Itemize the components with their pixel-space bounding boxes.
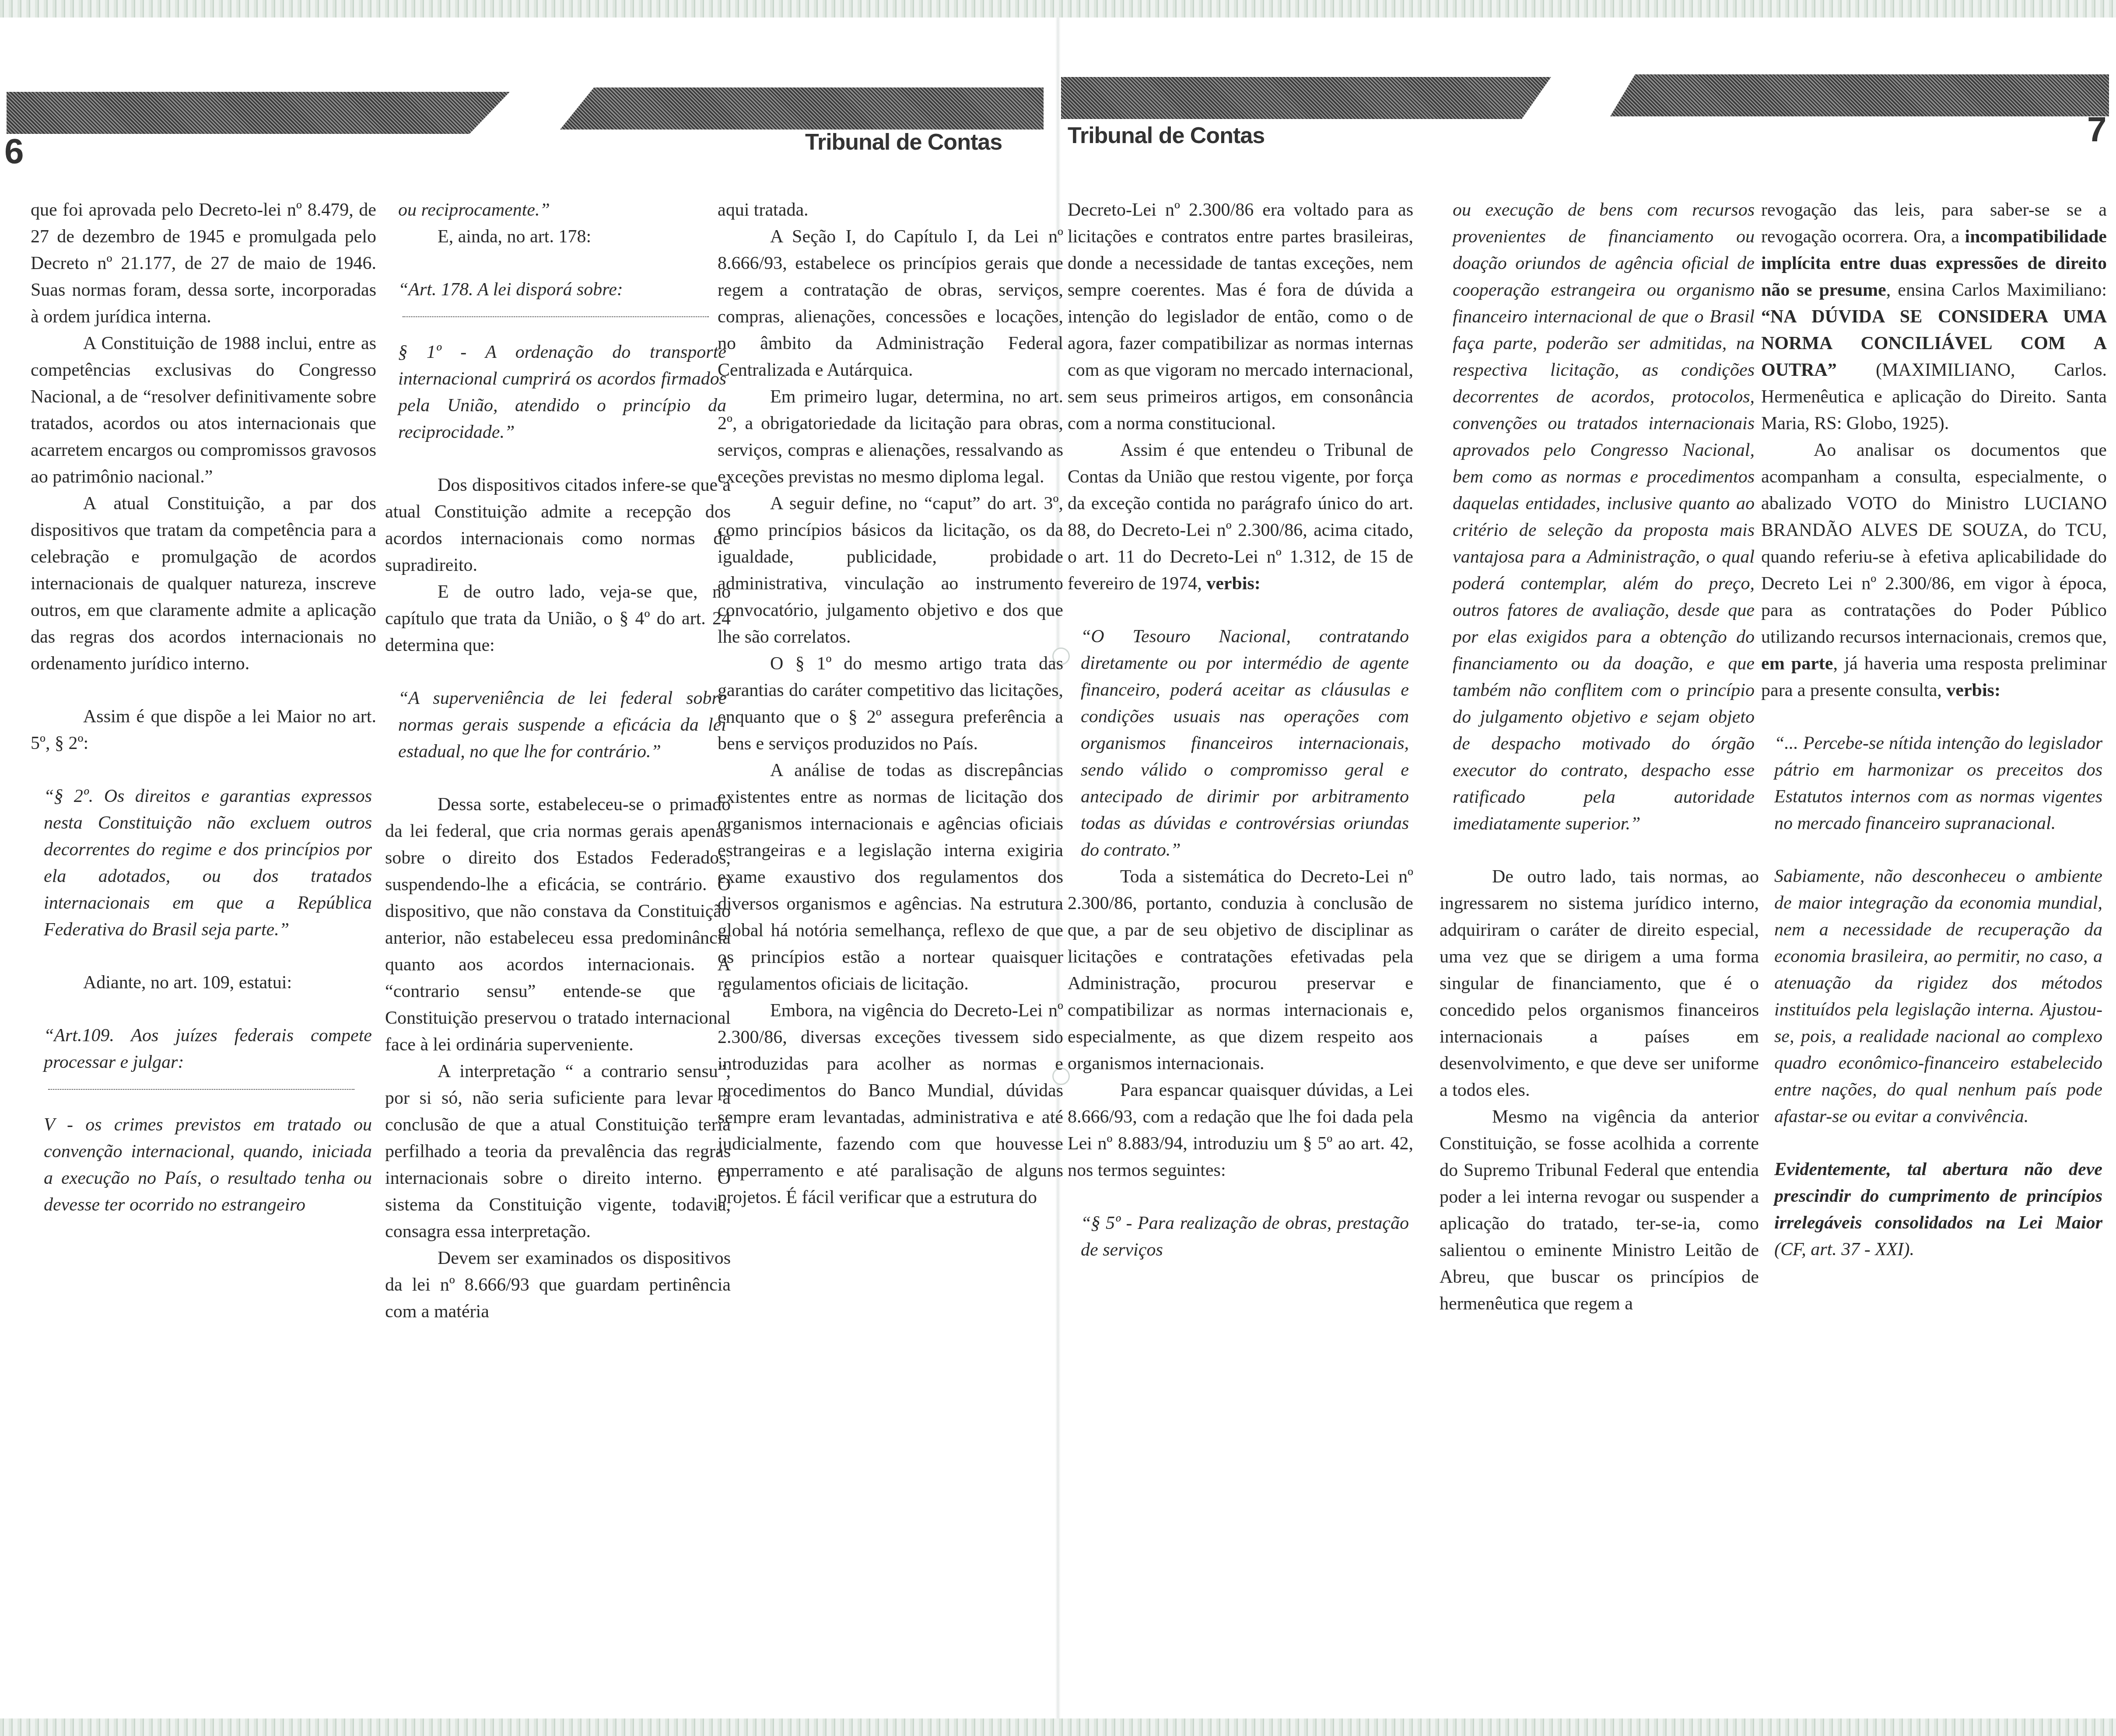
paragraph: A Constituição de 1988 inclui, entre as … [31, 330, 376, 490]
page7-column-2: ou execução de bens com recursos proveni… [1440, 197, 1759, 1317]
page6-column-2: ou reciprocamente.”E, ainda, no art. 178… [385, 197, 731, 1325]
quotation: “§ 5º - Para realização de obras, presta… [1068, 1210, 1413, 1263]
paragraph: A interpretação “ a contrario sensu”, po… [385, 1058, 731, 1245]
page6-column-1: que foi aprovada pelo Decreto-lei nº 8.4… [31, 197, 376, 1218]
paragraph: Decreto-Lei nº 2.300/86 era voltado para… [1068, 197, 1413, 437]
quotation: V - os crimes previstos em tratado ou co… [31, 1112, 376, 1218]
page7-column-1: Decreto-Lei nº 2.300/86 era voltado para… [1068, 197, 1413, 1263]
dotted-rule [48, 1089, 354, 1090]
paragraph: Assim é que dispõe a lei Maior no art. 5… [31, 703, 376, 757]
quotation: ou reciprocamente.” [385, 197, 731, 224]
paragraph-voto: Ao analisar os documentos que acompanham… [1761, 437, 2107, 704]
paragraph: Devem ser examinados os dispositivos da … [385, 1245, 731, 1325]
running-head-right: Tribunal de Contas [1068, 122, 1265, 149]
quotation: ou execução de bens com recursos proveni… [1440, 197, 1759, 837]
paragraph: aqui tratada. [718, 197, 1063, 224]
page6-column-3: aqui tratada.A Seção I, do Capítulo I, d… [718, 197, 1063, 1211]
header-band-left-2 [560, 87, 1044, 129]
quotation: “O Tesouro Nacional, contratando diretam… [1068, 623, 1413, 864]
paragraph: E de outro lado, veja-se que, no capítul… [385, 579, 731, 659]
paragraph: E, ainda, no art. 178: [385, 224, 731, 250]
paragraph-revogacao: revogação das leis, para saber-se se a r… [1761, 197, 2107, 437]
paragraph: Mesmo na vigência da anterior Constituiç… [1440, 1104, 1759, 1317]
scan-edge-top [0, 0, 2116, 17]
page7-column-3: revogação das leis, para saber-se se a r… [1761, 197, 2107, 1263]
running-head-left: Tribunal de Contas [805, 129, 1002, 155]
dotted-rule [403, 316, 709, 317]
quotation: “§ 2º. Os direitos e garantias expressos… [31, 783, 376, 943]
closing-paragraph: Evidentemente, tal abertura não deve pre… [1761, 1156, 2107, 1263]
page-number-left: 6 [4, 131, 24, 171]
quotation: § 1º - A ordenação do transporte interna… [385, 339, 731, 446]
paragraph: Dessa sorte, estabeleceu-se o primado da… [385, 791, 731, 1058]
quote-voto-2: Sabiamente, não desconheceu o ambiente d… [1761, 863, 2107, 1130]
paragraph: O § 1º do mesmo artigo trata das garanti… [718, 651, 1063, 757]
quotation: “A superveniência de lei federal sobre n… [385, 685, 731, 765]
paragraph: Adiante, no art. 109, estatui: [31, 969, 376, 996]
paragraph: De outro lado, tais normas, ao ingressar… [1440, 864, 1759, 1104]
quotation: “Art.109. Aos juízes federais compete pr… [31, 1022, 376, 1076]
page-number-right: 7 [2087, 109, 2107, 150]
header-band-right-1 [1061, 77, 1551, 119]
quote-voto-1: “... Percebe-se nítida intenção do legis… [1761, 730, 2107, 837]
paragraph: A análise de todas as discrepâncias exis… [718, 757, 1063, 997]
paragraph: Para espancar quaisquer dúvidas, a Lei 8… [1068, 1077, 1413, 1184]
paragraph: Dos dispositivos citados infere-se que a… [385, 472, 731, 579]
paragraph: A seguir define, no “caput” do art. 3º, … [718, 490, 1063, 651]
paragraph: A Seção I, do Capítulo I, da Lei nº 8.66… [718, 224, 1063, 384]
paragraph: Toda a sistemática do Decreto-Lei nº 2.3… [1068, 864, 1413, 1077]
quotation: “Art. 178. A lei disporá sobre: [385, 276, 731, 303]
scan-edge-bottom [0, 1718, 2116, 1736]
paragraph: Assim é que entendeu o Tribunal de Conta… [1068, 437, 1413, 597]
paragraph: Em primeiro lugar, determina, no art. 2º… [718, 384, 1063, 490]
paragraph: A atual Constituição, a par dos disposit… [31, 490, 376, 677]
header-band-left-1 [7, 92, 510, 134]
header-band-right-2 [1610, 74, 2109, 116]
paragraph: que foi aprovada pelo Decreto-lei nº 8.4… [31, 197, 376, 330]
paragraph: Embora, na vigência do Decreto-Lei nº 2.… [718, 997, 1063, 1211]
